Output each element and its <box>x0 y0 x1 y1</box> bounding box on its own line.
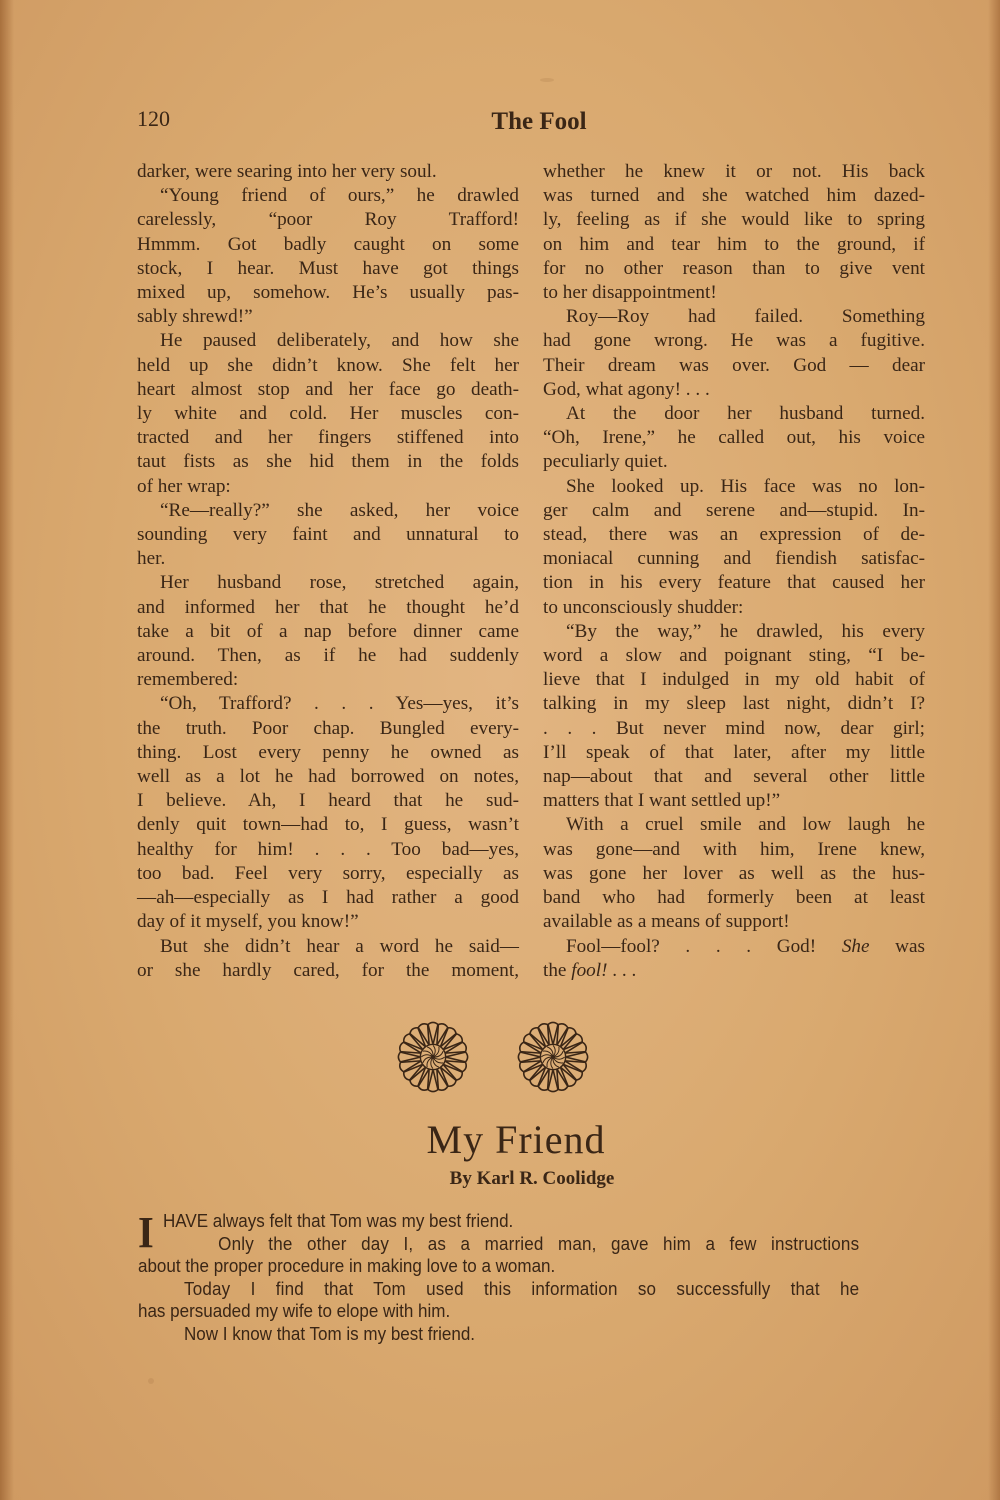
text-line: to unconsciously shudder: <box>543 596 925 620</box>
text-line: Only the other day I, as a married man, … <box>138 1233 859 1256</box>
text-line: well as a lot he had borrowed on notes, <box>137 765 519 789</box>
text-line: I believe. Ah, I heard that he sud- <box>137 789 519 813</box>
text-line: taut fists as she hid them in the folds <box>137 450 519 474</box>
text-line: her. <box>137 547 519 571</box>
story-paragraph: Today I find that Tom used this informat… <box>138 1278 859 1323</box>
text-line: —ah—especially as I had rather a good <box>137 886 519 910</box>
page-edge-left <box>0 0 14 1500</box>
left-column: darker, were searing into her very soul.… <box>137 160 519 983</box>
text-line: ly, feeling as if she would like to spri… <box>543 208 925 232</box>
text-line: Hmmm. Got badly caught on some <box>137 233 519 257</box>
text-line: day of it myself, you know!” <box>137 910 519 934</box>
text-line: around. Then, as if he had suddenly <box>137 644 519 668</box>
text-line: was gone her lover as well as the hus- <box>543 862 925 886</box>
paper-blemish <box>148 1378 154 1384</box>
text-line: “Re—really?” she asked, her voice <box>137 499 519 523</box>
story-body: I HAVE always felt that Tom was my best … <box>138 1210 859 1345</box>
text-line: about the proper procedure in making lov… <box>138 1255 555 1276</box>
text-line: Now I know that Tom is my best friend. <box>184 1323 475 1344</box>
page-header: 120 The Fool <box>137 104 925 144</box>
text-line: “Young friend of ours,” he drawled <box>137 184 519 208</box>
text-fragment: was <box>895 936 925 957</box>
text-line: tion in his every feature that caused he… <box>543 571 925 595</box>
text-line: Today I find that Tom used this informat… <box>138 1278 859 1301</box>
text-line: healthy for him! . . . Too bad—yes, <box>137 838 519 862</box>
text-line: He paused deliberately, and how she <box>137 329 519 353</box>
text-line: God, what agony! . . . <box>543 378 925 402</box>
story-paragraph: Now I know that Tom is my best friend. <box>138 1323 859 1346</box>
chrysanthemum-ornament-icon <box>514 1018 592 1096</box>
text-line: the truth. Poor chap. Bungled every- <box>137 717 519 741</box>
running-title: The Fool <box>137 108 925 136</box>
text-line: darker, were searing into her very soul. <box>137 160 519 184</box>
text-line: thing. Lost every penny he owned as <box>137 741 519 765</box>
text-line: was turned and she watched him dazed- <box>543 184 925 208</box>
text-line: stead, there was an expression of de- <box>543 523 925 547</box>
text-line: At the door her husband turned. <box>543 402 925 426</box>
drop-cap: I <box>138 1214 154 1252</box>
text-line: nap—about that and several other little <box>543 765 925 789</box>
story-byline: By Karl R. Coolidge <box>0 1168 1000 1190</box>
text-line: has persuaded my wife to elope with him. <box>138 1300 450 1321</box>
text-line: ly white and cold. Her muscles con- <box>137 402 519 426</box>
text-line: “Oh, Trafford? . . . Yes—yes, it’s <box>137 692 519 716</box>
text-line: band who had formerly been at least <box>543 886 925 910</box>
text-line: Their dream was over. God — dear <box>543 354 925 378</box>
text-line: “By the way,” he drawled, his every <box>543 620 925 644</box>
text-line: I’ll speak of that later, after my littl… <box>543 741 925 765</box>
story-paragraph: HAVE always felt that Tom was my best fr… <box>138 1210 859 1233</box>
right-column: whether he knew it or not. His back was … <box>543 160 925 983</box>
text-line: whether he knew it or not. His back <box>543 160 925 184</box>
story-title: My Friend <box>0 1116 1000 1163</box>
text-line: had gone wrong. He was a fugitive. <box>543 329 925 353</box>
text-line: matters that I want settled up!” <box>543 789 925 813</box>
text-line: remembered: <box>137 668 519 692</box>
text-line: “Oh, Irene,” he called out, his voice <box>543 426 925 450</box>
text-line: heart almost stop and her face go death- <box>137 378 519 402</box>
page-edge-right <box>988 0 1000 1500</box>
text-line: tracted and her fingers stiffened into <box>137 426 519 450</box>
story-paragraph: Only the other day I, as a married man, … <box>138 1233 859 1278</box>
text-line: With a cruel smile and low laugh he <box>543 813 925 837</box>
text-line: moniacal cunning and fiendish satisfac- <box>543 547 925 571</box>
text-line: She looked up. His face was no lon- <box>543 475 925 499</box>
text-line: for no other reason than to give vent <box>543 257 925 281</box>
text-line: and informed her that he thought he’d <box>137 596 519 620</box>
text-line: Her husband rose, stretched again, <box>137 571 519 595</box>
text-line: word a slow and poignant sting, “I be- <box>543 644 925 668</box>
text-line: lieve that I indulged in my old habit of <box>543 668 925 692</box>
text-fragment: the <box>543 960 566 981</box>
text-line: too bad. Feel very sorry, especially as <box>137 862 519 886</box>
text-line: mixed up, somehow. He’s usually pas- <box>137 281 519 305</box>
text-line: ger calm and serene and—stupid. In- <box>543 499 925 523</box>
text-line: available as a means of support! <box>543 910 925 934</box>
text-line: sounding very faint and unnatural to <box>137 523 519 547</box>
text-line: the fool! . . . <box>543 959 925 983</box>
text-line: held up she didn’t know. She felt her <box>137 354 519 378</box>
text-line: was gone—and with him, Irene knew, <box>543 838 925 862</box>
text-fragment: Fool—fool? . . . God! <box>566 936 816 957</box>
chrysanthemum-ornament-icon <box>394 1018 472 1096</box>
text-fragment-italic: fool! <box>571 960 607 981</box>
text-line: on him and tear him to the ground, if <box>543 233 925 257</box>
text-line: talking in my sleep last night, didn’t I… <box>543 692 925 716</box>
paper-blemish <box>540 78 554 82</box>
text-line: or she hardly cared, for the moment, <box>137 959 519 983</box>
text-line: to her disappointment! <box>543 281 925 305</box>
text-line: sably shrewd!” <box>137 305 519 329</box>
text-fragment: . . . <box>612 960 636 981</box>
text-line: of her wrap: <box>137 475 519 499</box>
ornament-divider <box>0 1018 1000 1098</box>
text-fragment-italic: She <box>842 936 870 957</box>
text-line: HAVE always felt that Tom was my best fr… <box>163 1210 513 1231</box>
text-line: denly quit town—had to, I guess, wasn’t <box>137 813 519 837</box>
text-line: stock, I hear. Must have got things <box>137 257 519 281</box>
text-line: take a bit of a nap before dinner came <box>137 620 519 644</box>
text-line: But she didn’t hear a word he said— <box>137 935 519 959</box>
text-line: . . . But never mind now, dear girl; <box>543 717 925 741</box>
text-line: peculiarly quiet. <box>543 450 925 474</box>
text-line: Fool—fool? . . . God! She was <box>543 935 925 959</box>
text-line: Roy—Roy had failed. Something <box>543 305 925 329</box>
text-line: carelessly, “poor Roy Trafford! <box>137 208 519 232</box>
